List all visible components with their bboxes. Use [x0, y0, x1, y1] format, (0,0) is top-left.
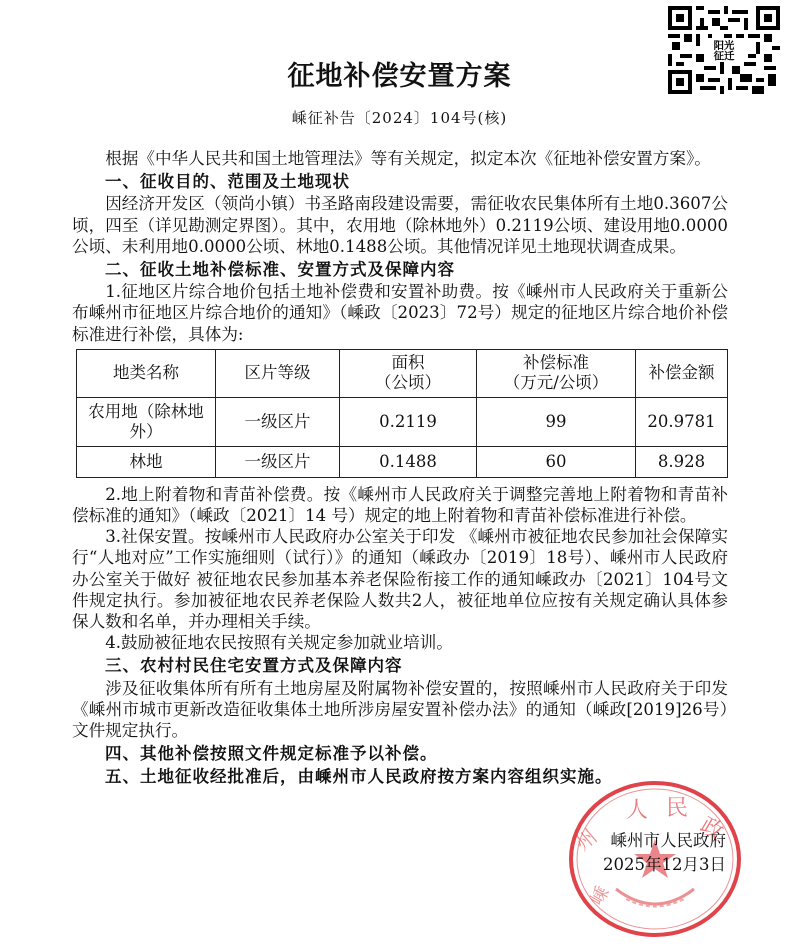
- section-2-item-2: 2.地上附着物和青苗补偿费。按《嵊州市人民政府关于调整完善地上附着物和青苗补偿标…: [72, 484, 728, 526]
- cell-standard: 99: [477, 397, 636, 446]
- cell-grade: 一级区片: [216, 446, 340, 477]
- section-2-item-1: 1.征地区片综合地价包括土地补偿费和安置补助费。按《嵊州市人民政府关于重新公布嵊…: [72, 281, 728, 345]
- svg-text:人: 人: [626, 798, 648, 823]
- cell-amount: 20.9781: [636, 397, 728, 446]
- header-standard-label: 补偿标准: [481, 353, 631, 373]
- issue-date: 2025年12月3日: [590, 853, 726, 877]
- cell-standard: 60: [477, 446, 636, 477]
- section-1-heading: 一、征收目的、范围及土地现状: [72, 171, 728, 192]
- document-number: 嵊征补告〔2024〕104号(核): [0, 107, 799, 128]
- header-land-type: 地类名称: [77, 349, 216, 397]
- header-area-label: 面积: [344, 353, 472, 373]
- table-header-row: 地类名称 区片等级 面积 （公顷） 补偿标准 （万元/公顷） 补偿金额: [77, 349, 728, 397]
- header-amount: 补偿金额: [636, 349, 728, 397]
- cell-area: 0.1488: [340, 446, 477, 477]
- compensation-table: 地类名称 区片等级 面积 （公顷） 补偿标准 （万元/公顷） 补偿金额 农用地（…: [76, 349, 728, 478]
- section-3-heading: 三、农村村民住宅安置方式及保障内容: [72, 655, 728, 676]
- table-row: 林地 一级区片 0.1488 60 8.928: [77, 446, 728, 477]
- cell-land-type: 农用地（除林地外）: [77, 397, 216, 446]
- header-standard-unit: （万元/公顷）: [481, 373, 631, 393]
- section-2-heading: 二、征收土地补偿标准、安置方式及保障内容: [72, 259, 728, 280]
- section-1-text: 因经济开发区（领尚小镇）书圣路南段建设需要，需征收农民集体所有土地0.3607公…: [72, 193, 728, 257]
- signature-block: 嵊州市人民政府 2025年12月3日: [590, 829, 726, 877]
- issuer-name: 嵊州市人民政府: [590, 829, 726, 853]
- section-2-item-4: 4.鼓励被征地农民按照有关规定参加就业培训。: [72, 632, 728, 653]
- header-standard: 补偿标准 （万元/公顷）: [477, 349, 636, 397]
- cell-area: 0.2119: [340, 397, 477, 446]
- document-title: 征地补偿安置方案: [0, 54, 799, 93]
- svg-text:民: 民: [666, 796, 688, 821]
- cell-amount: 8.928: [636, 446, 728, 477]
- header-grade: 区片等级: [216, 349, 340, 397]
- intro-paragraph: 根据《中华人民共和国土地管理法》等有关规定，拟定本次《征地补偿安置方案》。: [72, 148, 728, 169]
- section-2-item-3: 3.社保安置。按嵊州市人民政府办公室关于印发 《嵊州市被征地农民参加社会保障实行…: [72, 526, 728, 632]
- section-4-heading: 四、其他补偿按照文件规定标准予以补偿。: [72, 743, 728, 764]
- table-row: 农用地（除林地外） 一级区片 0.2119 99 20.9781: [77, 397, 728, 446]
- cell-land-type: 林地: [77, 446, 216, 477]
- header-area-unit: （公顷）: [344, 373, 472, 393]
- document-body: 根据《中华人民共和国土地管理法》等有关规定，拟定本次《征地补偿安置方案》。 一、…: [72, 148, 728, 789]
- header-area: 面积 （公顷）: [340, 349, 477, 397]
- section-3-text: 涉及征收集体所有所有土地房屋及附属物补偿安置的，按照嵊州市人民政府关于印发《嵊州…: [72, 678, 728, 742]
- cell-grade: 一级区片: [216, 397, 340, 446]
